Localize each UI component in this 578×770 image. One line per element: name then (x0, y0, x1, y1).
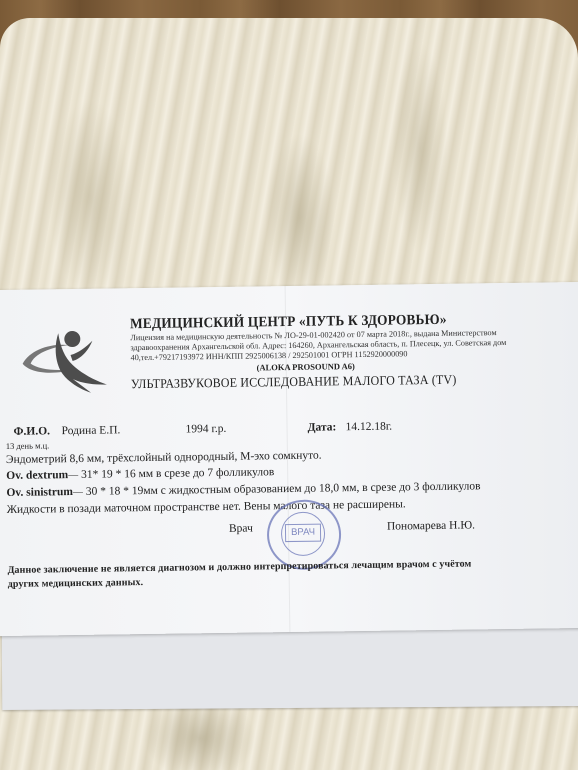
exam-title: УЛЬТРАЗВУКОВОЕ ИССЛЕДОВАНИЕ МАЛОГО ТАЗА … (131, 372, 457, 393)
finding-text: 30 * 18 * 19мм с жидкостным образованием… (83, 480, 481, 498)
medical-report-sheet: МЕДИЦИНСКИЙ ЦЕНТР «ПУТЬ К ЗДОРОВЬЮ» Лице… (0, 282, 578, 636)
finding-label: Ov. dextrum (6, 469, 68, 482)
finding-text: 31* 19 * 16 мм в срезе до 7 фолликулов (78, 466, 274, 481)
clinic-header: МЕДИЦИНСКИЙ ЦЕНТР «ПУТЬ К ЗДОРОВЬЮ» Лице… (130, 310, 551, 374)
disclaimer: Данное заключение не является диагнозом … (7, 556, 567, 592)
patient-name-label: Ф.И.О. (13, 423, 50, 440)
patient-birth-year: 1994 г.р. (185, 421, 226, 438)
doctor-name: Пономарева Н.Ю. (387, 519, 475, 532)
report-body: Ф.И.О. Родина Е.П. 1994 г.р. Дата: 14.12… (5, 416, 566, 518)
finding-text: 8,6 мм, трёхслойный однородный, М-эхо со… (67, 450, 322, 466)
handwritten-mark: — (68, 470, 78, 481)
finding-label: Эндометрий (6, 453, 67, 466)
paper-folded-edge (2, 626, 578, 710)
date-label: Дата: (307, 419, 336, 435)
doctor-label: Врач (229, 523, 253, 535)
finding-text: Жидкости в позади маточном пространстве … (7, 498, 406, 516)
clinic-logo-icon (20, 326, 111, 397)
stamp-text: ВРАЧ (285, 524, 321, 543)
exam-date: 14.12.18г. (345, 419, 392, 436)
finding-label: Ov. sinistrum (6, 486, 73, 499)
patient-name: Родина Е.П. (61, 422, 120, 439)
